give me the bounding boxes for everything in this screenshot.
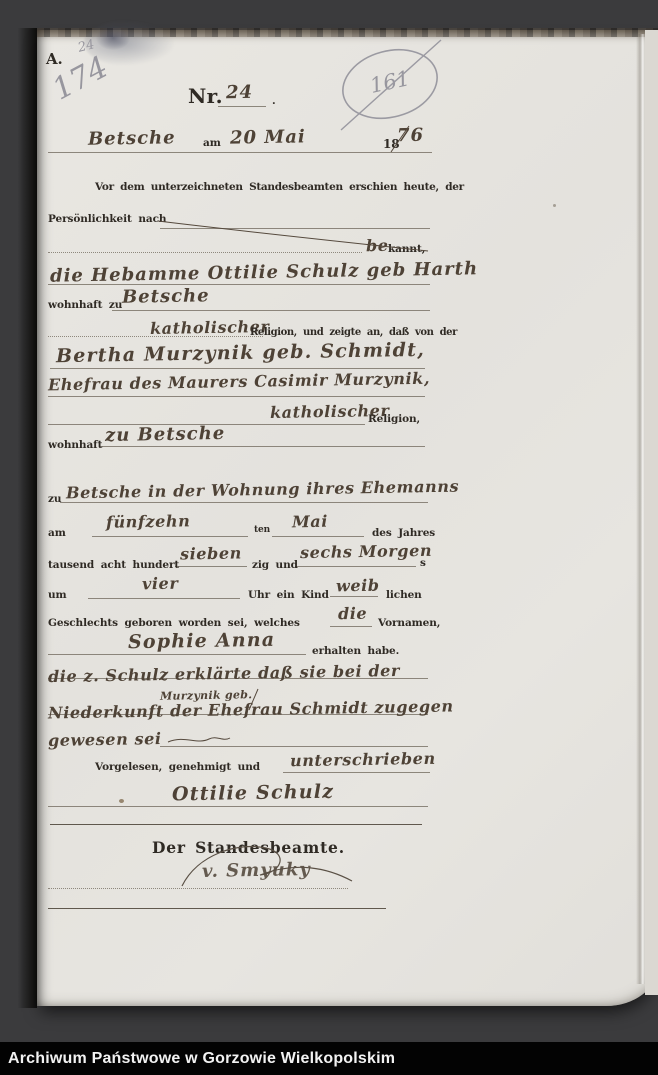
declarant-signature: Ottilie Schulz <box>172 783 334 805</box>
form-rule <box>218 106 266 107</box>
page-fold-edge <box>636 34 645 984</box>
birth-year-decade: sieben <box>180 545 242 562</box>
form-rule <box>330 626 372 627</box>
handwritten-be: be <box>366 238 389 254</box>
printed-wohnhaft-zu: wohnhaft zu <box>48 300 122 311</box>
form-rule <box>48 252 362 253</box>
next-page-edge <box>645 30 658 995</box>
mother-residence: zu Betsche <box>105 425 225 445</box>
form-rule <box>272 536 364 537</box>
printed-am: am <box>203 138 221 149</box>
birth-month: Mai <box>292 514 328 531</box>
printed-tausend: tausend acht hundert <box>48 560 179 571</box>
signature-rule <box>48 888 348 889</box>
record-number-value: 24 <box>226 84 253 102</box>
printed-intro-line: Vor dem unterzeichneten Standesbeamten e… <box>95 182 464 193</box>
form-corner-letter: A. <box>46 52 63 67</box>
printed-vornamen: Vornamen, <box>378 618 440 629</box>
printed-vorgelesen: Vorgelesen, genehmigt und <box>95 762 260 773</box>
printed-des-jahres: des Jahres <box>372 528 435 539</box>
registration-place: Betsche <box>88 129 176 149</box>
form-rule <box>88 598 240 599</box>
ink-smudge-stain <box>96 26 130 50</box>
birth-day: fünfzehn <box>106 513 191 530</box>
form-rule <box>160 746 428 747</box>
registration-year: 76 <box>397 127 424 145</box>
form-rule <box>330 596 378 597</box>
archive-scan-viewer: A. 24 174 161 Nr. 24 . Betsche am 20 Mai… <box>0 0 658 1075</box>
birth-hour: vier <box>142 576 179 593</box>
printed-um: um <box>48 590 67 601</box>
form-rule <box>112 310 430 311</box>
form-rule <box>48 152 432 153</box>
child-sex: weib <box>336 578 380 595</box>
declarant-residence: Betsche <box>122 287 210 307</box>
form-rule <box>60 502 428 503</box>
printed-religion-anzeige: Religion, und zeigte an, daß von der <box>250 328 457 338</box>
birth-year-unit-daytime: sechs Morgen <box>300 543 432 561</box>
printed-wohnhaft: wohnhaft <box>48 440 102 451</box>
registration-date: 20 Mai <box>230 128 306 147</box>
record-number-label: Nr. <box>188 86 223 106</box>
printed-am2: am <box>48 528 66 539</box>
child-name: Sophie Anna <box>128 631 276 653</box>
handwritten-unterschrieben: unterschrieben <box>290 751 436 770</box>
printed-ten: ten <box>254 526 270 535</box>
printed-s-suffix: s <box>420 558 426 569</box>
printed-kannt: kannt, <box>388 244 425 255</box>
form-rule <box>48 654 306 655</box>
registrar-signature: v. Smyuky <box>202 861 311 881</box>
printed-geschlechts-line: Geschlechts geboren worden sei, welches <box>48 618 300 629</box>
form-rule <box>175 566 247 567</box>
record-number-period: . <box>272 96 276 107</box>
printed-lichen: lichen <box>386 590 422 601</box>
printed-persoenlichkeit: Persönlichkeit nach <box>48 214 166 225</box>
paper-stain <box>553 204 556 207</box>
form-rule <box>48 806 428 807</box>
archive-caption: Archiwum Państwowe w Gorzowie Wielkopols… <box>8 1042 658 1075</box>
form-rule <box>92 536 248 537</box>
form-rule <box>48 396 425 397</box>
printed-uhr-ein-kind: Uhr ein Kind <box>248 590 329 601</box>
handwritten-die: die <box>338 606 368 623</box>
form-rule <box>296 566 416 567</box>
printed-erhalten-habe: erhalten habe. <box>312 646 399 657</box>
registrar-title: Der Standesbeamte. <box>152 840 345 856</box>
printed-zig-und: zig und <box>252 560 298 571</box>
form-rule <box>160 228 430 229</box>
paper-stain <box>119 799 124 803</box>
form-rule <box>100 446 425 447</box>
printed-religion: Religion, <box>368 414 420 425</box>
printed-zu: zu <box>48 494 61 505</box>
form-rule <box>283 772 430 773</box>
archive-caption-bar: Archiwum Państwowe w Gorzowie Wielkopols… <box>0 1042 658 1075</box>
book-gutter-shadow <box>18 28 37 1008</box>
note-line3: gewesen sei <box>48 731 162 749</box>
section-divider-rule <box>50 824 422 825</box>
bottom-rule <box>48 908 386 909</box>
